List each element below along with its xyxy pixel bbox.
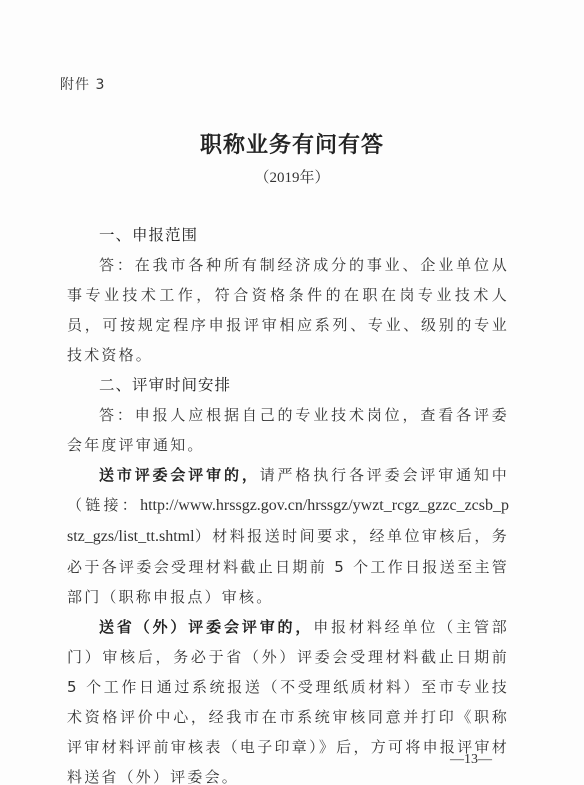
province-committee-paragraph: 送省（外）评委会评审的，申报材料经单位（主管部门）审核后，务必于省（外）评委会受… <box>67 612 509 785</box>
city-committee-lead: 送市评委会评审的， <box>99 466 260 484</box>
section-heading-scope: 一、申报范围 <box>67 220 509 250</box>
province-committee-lead: 送省（外）评委会评审的， <box>99 618 313 636</box>
section-answer-schedule: 答：申报人应根据自己的专业技术岗位，查看各评委会年度评审通知。 <box>67 400 509 460</box>
section-answer-scope: 答：在我市各种所有制经济成分的事业、企业单位从事专业技术工作，符合资格条件的在职… <box>67 250 509 370</box>
document-subtitle: （2019年） <box>0 166 584 187</box>
attachment-label: 附件 3 <box>60 74 105 94</box>
document-body: 一、申报范围 答：在我市各种所有制经济成分的事业、企业单位从事专业技术工作，符合… <box>67 220 509 785</box>
section-heading-schedule: 二、评审时间安排 <box>67 370 509 400</box>
province-committee-text: 申报材料经单位（主管部门）审核后，务必于省（外）评委会受理材料截止日期前 5 个… <box>67 618 509 785</box>
document-title: 职称业务有问有答 <box>0 128 584 159</box>
city-committee-paragraph: 送市评委会评审的，请严格执行各评委会评审通知中（链接：http://www.hr… <box>67 460 509 612</box>
document-page: 附件 3 职称业务有问有答 （2019年） 一、申报范围 答：在我市各种所有制经… <box>0 0 584 785</box>
page-number: —13— <box>450 752 492 768</box>
